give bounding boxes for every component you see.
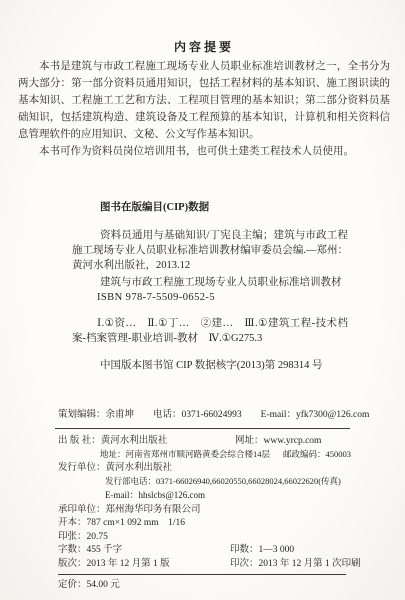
cip-entry: 资料员通用与基础知识/丁宪良主编；建筑与市政工程施工现场专业人员职业标准培训教材… — [72, 228, 348, 273]
edition-row: 版次：2013 年 12 月第 1 版 印次：2013 年 12 月第 1 次印… — [58, 558, 350, 572]
cip-header: 图书在版编目(CIP)数据 — [100, 200, 348, 215]
word-count: 字数：455 千字 — [58, 545, 122, 555]
summary-paragraph-1: 本书是建筑与市政工程施工现场专业人员职业标准培训教材之一，全书分为两大部分：第一… — [18, 58, 390, 143]
isbn-number: ISBN 978-7-5509-0652-5 — [97, 290, 348, 305]
postal-code: 邮政编码：450003 — [283, 448, 351, 462]
cip-classification: Ⅰ.①资… Ⅱ.①丁… ②建… Ⅲ.①建筑工程-技术档案-档案管理-职业培训-教… — [72, 316, 348, 346]
printer-row: 承印单位：郑州海华印务有限公司 — [58, 504, 350, 518]
publisher-website: 网址：www.yrcp.com — [235, 435, 321, 449]
cip-series-title: 建筑与市政工程施工现场专业人员职业标准培训教材 — [100, 275, 348, 290]
divider-rule-top — [55, 428, 350, 429]
edition: 版次：2013 年 12 月第 1 版 — [58, 559, 170, 569]
print-run: 印数：1—3 000 — [230, 544, 294, 558]
distribution-email: E-mail：hhslcbs@126.com — [105, 490, 205, 500]
publisher-name: 出 版 社：黄河水利出版社 — [58, 436, 167, 446]
impression: 印次：2013 年 12 月第 1 次印刷 — [230, 558, 361, 572]
planning-editor-line: 策划编辑：余甫坤 电话：0371-66024993 E-mail：yfk7300… — [58, 409, 350, 423]
sheets-row: 印张：20.75 — [58, 531, 350, 545]
content-summary-title: 内 容 提 要 — [0, 38, 405, 55]
word-count-row: 字数：455 千字 印数：1—3 000 — [58, 544, 350, 558]
cip-registry-number: 中国版本图书馆 CIP 数据核字(2013)第 298314 号 — [100, 358, 348, 373]
distribution-phone-row: 发行部电话：0371-66026940,66020550,66028024,66… — [58, 475, 350, 489]
publisher-row: 出 版 社：黄河水利出版社 网址：www.yrcp.com — [58, 435, 350, 449]
distribution-phone: 发行部电话：0371-66026940,66020550,66028024,66… — [105, 476, 341, 486]
format-row: 开本：787 cm×1 092 mm 1/16 — [58, 517, 350, 531]
address-row: 地址：河南省郑州市顺河路黄委会综合楼14层 邮政编码：450003 — [58, 448, 350, 462]
book-copyright-page: 内 容 提 要 本书是建筑与市政工程施工现场专业人员职业标准培训教材之一，全书分… — [0, 0, 405, 600]
summary-paragraph-2: 本书可作为资料员岗位培训用书，也可供土建类工程技术人员使用。 — [18, 143, 390, 160]
price-row: 定价：54.00 元 — [58, 579, 350, 593]
content-summary-block: 本书是建筑与市政工程施工现场专业人员职业标准培训教材之一，全书分为两大部分：第一… — [18, 58, 390, 160]
divider-rule-bottom — [58, 574, 346, 575]
cip-data-block: 图书在版编目(CIP)数据 资料员通用与基础知识/丁宪良主编；建筑与市政工程施工… — [72, 200, 348, 373]
colophon-block: 策划编辑：余甫坤 电话：0371-66024993 E-mail：yfk7300… — [58, 409, 350, 592]
distribution-email-row: E-mail：hhslcbs@126.com — [58, 489, 350, 504]
publisher-address: 地址：河南省郑州市顺河路黄委会综合楼14层 — [100, 449, 270, 459]
distributor-row: 发行单位：黄河水利出版社 — [58, 462, 350, 476]
